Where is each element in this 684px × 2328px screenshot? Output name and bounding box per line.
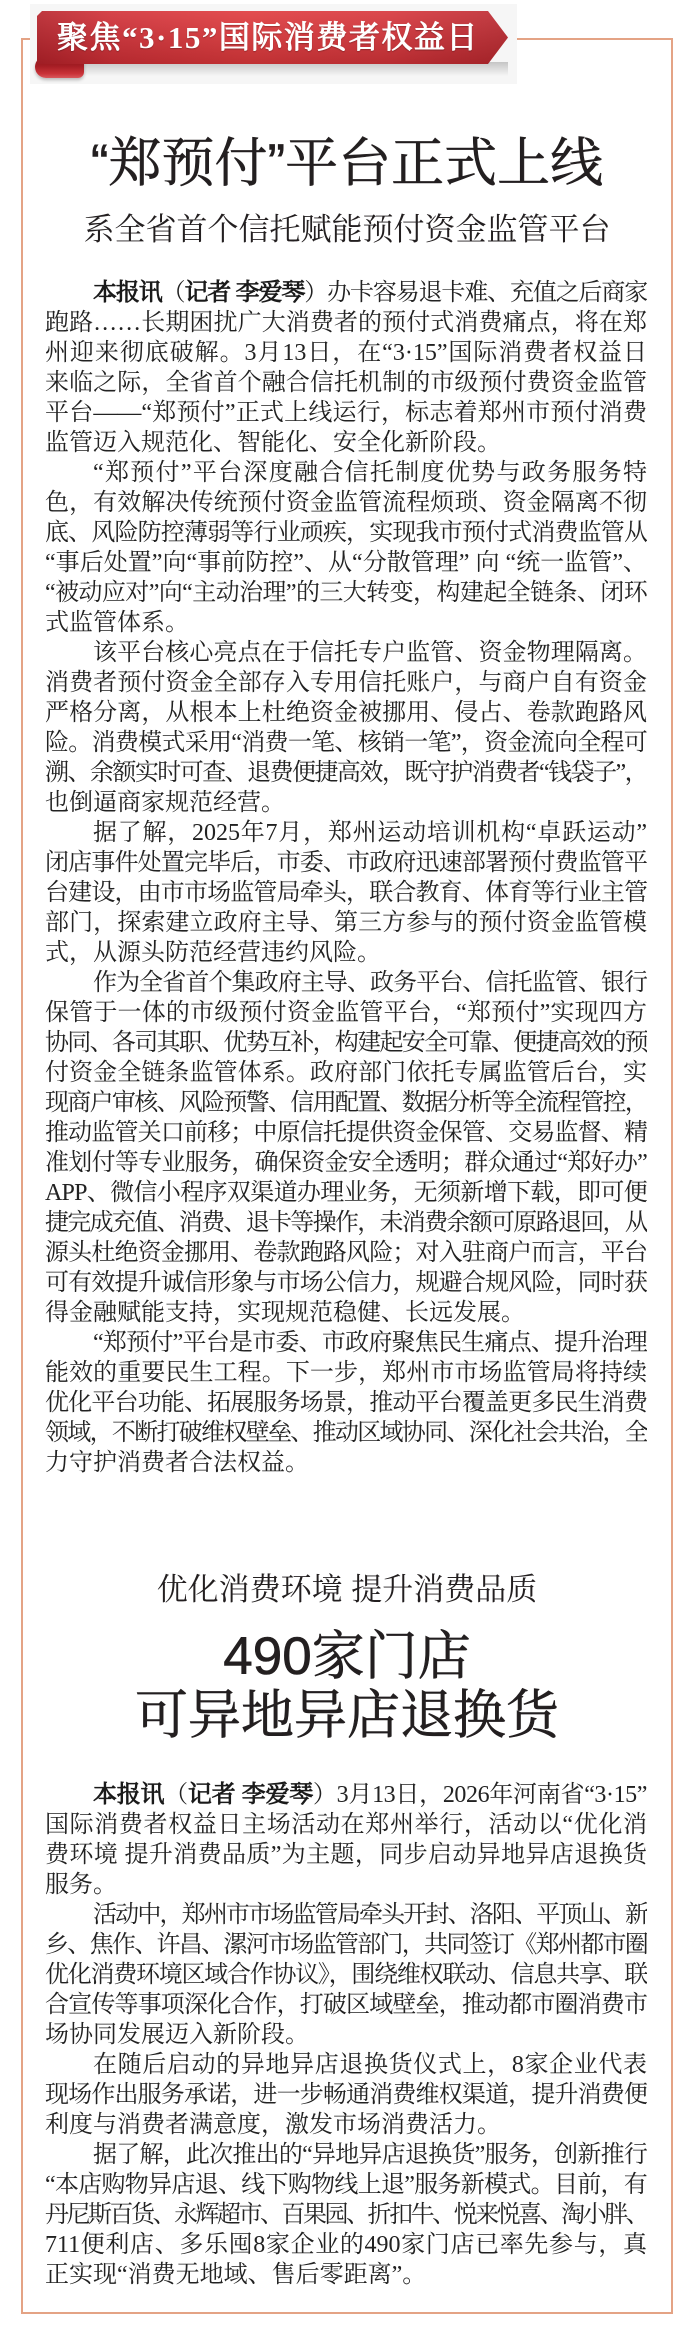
paragraph: 据了解，此次推出的“异地异店退换货”服务，创新推行 “本店购物异店退、线下购物线… xyxy=(45,2140,647,2290)
text-line: 作为全省首个集政府主导、政务平台、信托监管、银行 xyxy=(45,968,647,998)
paragraph: “郑预付”平台是市委、市政府聚焦民生痛点、提升治理 能效的重要民生工程。下一步，… xyxy=(45,1328,647,1478)
text-line: 也倒逼商家规范经营。 xyxy=(45,788,647,818)
reporter-name: 记者 李爱琴 xyxy=(188,1781,313,1808)
text-line: APP、微信小程序双渠道办理业务，无须新增下载，即可便 xyxy=(45,1178,647,1208)
banner-shadow xyxy=(78,62,508,76)
text-line: 据了解，2025年7月，郑州运动培训机构“卓跃运动” xyxy=(45,818,647,848)
text-line: 推动监管关口前移；中原信托提供资金保管、交易监督、精 xyxy=(45,1118,647,1148)
text-line: 付资金全链条监管体系。政府部门依托专属监管后台，实 xyxy=(45,1058,647,1088)
frame-border-top-right xyxy=(517,38,673,40)
reporter-name: 记者 李爱琴 xyxy=(184,279,304,306)
paragraph: 在随后启动的异地异店退换货仪式上，8家企业代表 现场作出服务承诺，进一步畅通消费… xyxy=(45,2050,647,2140)
text-line: “郑预付”平台是市委、市政府聚焦民生痛点、提升治理 xyxy=(45,1328,647,1358)
text-line: 本报讯（记者 李爱琴）办卡容易退卡难、充值之后商家 xyxy=(45,278,647,308)
text-line: 利度与消费者满意度，激发市场消费活力。 xyxy=(45,2110,647,2140)
text-line: “郑预付”平台深度融合信托制度优势与政务服务特 xyxy=(45,458,647,488)
paragraph: 活动中，郑州市市场监管局牵头开封、洛阳、平顶山、新 乡、焦作、许昌、漯河市场监管… xyxy=(45,1900,647,2050)
text-line: 现商户审核、风险预警、信用配置、数据分析等全流程管控， xyxy=(45,1088,647,1118)
article1-headline: “郑预付”平台正式上线 xyxy=(22,134,672,194)
article1-body: 本报讯（记者 李爱琴）办卡容易退卡难、充值之后商家 跑路……长期困扰广大消费者的… xyxy=(45,278,647,1478)
text-line: 底、风险防控薄弱等行业顽疾，实现我市预付式消费监管从 xyxy=(45,518,647,548)
article2-headline: 490家门店 可异地异店退换货 xyxy=(22,1627,672,1745)
text-line: 严格分离，从根本上杜绝资金被挪用、侵占、卷款跑路风 xyxy=(45,698,647,728)
text-line: 色，有效解决传统预付资金监管流程烦琐、资金隔离不彻 xyxy=(45,488,647,518)
text-line: 据了解，此次推出的“异地异店退换货”服务，创新推行 xyxy=(45,2140,647,2170)
text-line: 场协同发展迈入新阶段。 xyxy=(45,2020,647,2050)
frame-border-left xyxy=(21,38,23,2314)
text-line: 可有效提升诚信形象与市场公信力，规避合规风险，同时获 xyxy=(45,1268,647,1298)
frame-border-right xyxy=(671,38,673,2314)
text-line: 力守护消费者合法权益。 xyxy=(45,1448,647,1478)
text-line: “事后处置”向“事前防控”、从“分散管理” 向 “统一监管”、 xyxy=(45,548,647,578)
text-line: 来临之际，全省首个融合信托机制的市级预付费资金监管 xyxy=(45,368,647,398)
text-line: 监管迈入规范化、智能化、安全化新阶段。 xyxy=(45,428,647,458)
text-line: 国际消费者权益日主场活动在郑州举行，活动以“优化消 xyxy=(45,1810,647,1840)
paragraph: 本报讯（记者 李爱琴）办卡容易退卡难、充值之后商家 跑路……长期困扰广大消费者的… xyxy=(45,278,647,458)
text-line: 费环境 提升消费品质”为主题，同步启动异地异店退换货 xyxy=(45,1840,647,1870)
line-text: 3月13日，2026年河南省“3·15” xyxy=(337,1782,647,1808)
text-line: 该平台核心亮点在于信托专户监管、资金物理隔离。 xyxy=(45,638,647,668)
text-line: 州迎来彻底破解。3月13日，在“3·15”国际消费者权益日 xyxy=(45,338,647,368)
text-line: 溯、余额实时可查、退费便捷高效，既守护消费者“钱袋子”， xyxy=(45,758,647,788)
text-line: 乡、焦作、许昌、漯河市场监管部门，共同签订《郑州都市圈 xyxy=(45,1930,647,1960)
article2-headline-line: 可异地异店退换货 xyxy=(22,1686,672,1745)
text-line: 协同、各司其职、优势互补，构建起安全可靠、便捷高效的预 xyxy=(45,1028,647,1058)
text-line: 合宣传等事项深化合作，打破区域壁垒，推动都市圈消费市 xyxy=(45,1990,647,2020)
text-line: 领域，不断打破维权壁垒、推动区域协同、深化社会共治，全 xyxy=(45,1418,647,1448)
text-line: 闭店事件处置完毕后，市委、市政府迅速部署预付费监管平 xyxy=(45,848,647,878)
text-line: 本报讯（记者 李爱琴）3月13日，2026年河南省“3·15” xyxy=(45,1780,647,1810)
text-line: 源头杜绝资金挪用、卷款跑路风险；对入驻商户而言，平台 xyxy=(45,1238,647,1268)
article2-kicker: 优化消费环境 提升消费品质 xyxy=(22,1572,672,1608)
article1-subheadline: 系全省首个信托赋能预付资金监管平台 xyxy=(22,212,672,248)
text-line: 优化平台功能、拓展服务场景，推动平台覆盖更多民生消费 xyxy=(45,1388,647,1418)
article2-body: 本报讯（记者 李爱琴）3月13日，2026年河南省“3·15” 国际消费者权益日… xyxy=(45,1780,647,2290)
text-line: 服务。 xyxy=(45,1870,647,1900)
dateline-open-paren: （ xyxy=(162,280,185,306)
text-line: 711便利店、多乐囤8家企业的490家门店已率先参与，真 xyxy=(45,2230,647,2260)
text-line: 优化消费环境区域合作协议》，围绕维权联动、信息共享、联 xyxy=(45,1960,647,1990)
paragraph: “郑预付”平台深度融合信托制度优势与政务服务特 色，有效解决传统预付资金监管流程… xyxy=(45,458,647,638)
article2-headline-line: 490家门店 xyxy=(22,1627,672,1686)
text-line: 式，从源头防范经营违约风险。 xyxy=(45,938,647,968)
text-line: 准划付等专业服务，确保资金安全透明；群众通过“郑好办” xyxy=(45,1148,647,1178)
text-line: 捷完成充值、消费、退卡等操作，未消费余额可原路退回，从 xyxy=(45,1208,647,1238)
section-banner-label: 聚焦“3·15”国际消费者权益日 xyxy=(57,11,479,64)
paragraph: 据了解，2025年7月，郑州运动培训机构“卓跃运动” 闭店事件处置完毕后，市委、… xyxy=(45,818,647,968)
text-line: 活动中，郑州市市场监管局牵头开封、洛阳、平顶山、新 xyxy=(45,1900,647,1930)
text-line: 式监管体系。 xyxy=(45,608,647,638)
text-line: “本店购物异店退、线下购物线上退”服务新模式。目前，有 xyxy=(45,2170,647,2200)
text-line: 得金融赋能支持，实现规范稳健、长远发展。 xyxy=(45,1298,647,1328)
text-line: 台建设，由市市场监管局牵头，联合教育、体育等行业主管 xyxy=(45,878,647,908)
text-line: 消费者预付资金全部存入专用信托账户，与商户自有资金 xyxy=(45,668,647,698)
dateline-source: 本报讯 xyxy=(93,1781,164,1808)
text-line: 丹尼斯百货、永辉超市、百果园、折扣牛、悦来悦喜、淘小胖、 xyxy=(45,2200,647,2230)
text-line: 保管于一体的市级预付资金监管平台，“郑预付”实现四方 xyxy=(45,998,647,1028)
dateline-open-paren: （ xyxy=(164,1782,188,1808)
dateline-close-paren: ） xyxy=(313,1782,337,1808)
text-line: 现场作出服务承诺，进一步畅通消费维权渠道，提升消费便 xyxy=(45,2080,647,2110)
text-line: 部门，探索建立政府主导、第三方参与的预付资金监管模 xyxy=(45,908,647,938)
text-line: 平台——“郑预付”正式上线运行，标志着郑州市预付消费 xyxy=(45,398,647,428)
text-line: 险。消费模式采用“消费一笔、核销一笔”，资金流向全程可 xyxy=(45,728,647,758)
text-line: 跑路……长期困扰广大消费者的预付式消费痛点，将在郑 xyxy=(45,308,647,338)
dateline-source: 本报讯 xyxy=(93,279,162,306)
text-line: “被动应对”向“主动治理”的三大转变，构建起全链条、闭环 xyxy=(45,578,647,608)
text-line: 在随后启动的异地异店退换货仪式上，8家企业代表 xyxy=(45,2050,647,2080)
line-text: 办卡容易退卡难、充值之后商家 xyxy=(327,280,647,306)
paragraph: 作为全省首个集政府主导、政务平台、信托监管、银行 保管于一体的市级预付资金监管平… xyxy=(45,968,647,1328)
paragraph: 该平台核心亮点在于信托专户监管、资金物理隔离。 消费者预付资金全部存入专用信托账… xyxy=(45,638,647,818)
paragraph: 本报讯（记者 李爱琴）3月13日，2026年河南省“3·15” 国际消费者权益日… xyxy=(45,1780,647,1900)
text-line: 能效的重要民生工程。下一步，郑州市市场监管局将持续 xyxy=(45,1358,647,1388)
dateline-close-paren: ） xyxy=(304,280,327,306)
text-line: 正实现“消费无地域、售后零距离”。 xyxy=(45,2260,647,2290)
frame-border-bottom xyxy=(21,2312,673,2314)
